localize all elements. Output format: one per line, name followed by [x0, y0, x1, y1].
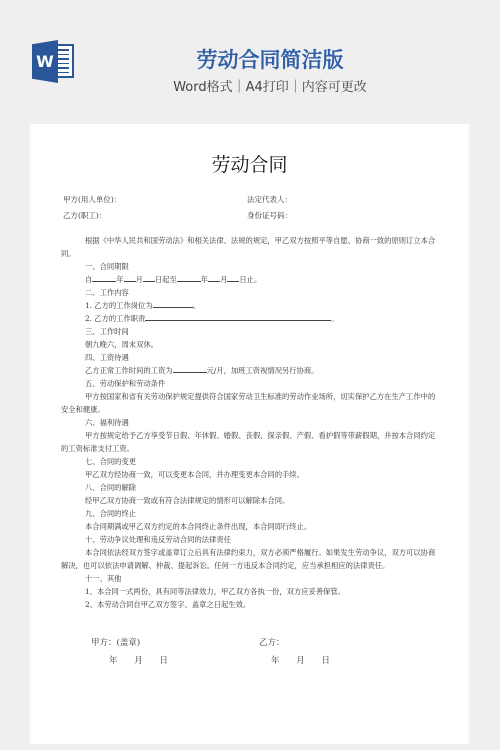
- term-line: 自年月日起至年月日止。: [61, 273, 437, 286]
- party-b-date: 年 月 日: [271, 654, 330, 666]
- section-heading: 五、劳动保护和劳动条件: [61, 377, 437, 390]
- section-text: 甲乙双方经协商一致，可以变更本合同，并办理变更本合同的手续。: [61, 468, 437, 481]
- id-number-label: 身份证号码：: [247, 210, 292, 221]
- party-a-label: 甲方(用人单位)：: [63, 194, 121, 205]
- duty-line: 2. 乙方的工作职责。: [61, 312, 437, 325]
- section-heading: 十、劳动争议处理和违反劳动合同的法律责任: [61, 533, 437, 546]
- party-a-signature: 甲方：(盖章): [91, 636, 140, 648]
- section-heading: 二、工作内容: [61, 286, 437, 299]
- section-text: 本合同依法经双方签字或盖章订立后具有法律约束力，双方必须严格履行。如果发生劳动争…: [61, 546, 437, 572]
- page-subtitle: Word格式｜A4打印｜内容可更改: [0, 76, 500, 95]
- salary-line: 乙方正常工作时间的工资为元/月，加班工资视情况另行协商。: [61, 364, 437, 377]
- document-title: 劳动合同: [31, 150, 468, 177]
- section-heading: 十一、其他: [61, 572, 437, 585]
- intro-paragraph: 根据《中华人民共和国劳动法》和相关法律、法规的规定，甲乙双方按照平等自愿、协商一…: [61, 234, 437, 260]
- party-b-label: 乙方(职工)：: [63, 210, 106, 221]
- header: W 劳动合同简洁版 Word格式｜A4打印｜内容可更改: [0, 0, 500, 124]
- section-heading: 六、福利待遇: [61, 416, 437, 429]
- page-title: 劳动合同简洁版: [0, 44, 500, 74]
- section-text: 本合同期满或甲乙双方约定的本合同终止条件出现，本合同即行终止。: [61, 520, 437, 533]
- section-text: 1、本合同一式两份，具有同等法律效力，甲乙双方各执一份，双方应妥善保管。: [61, 585, 437, 598]
- contract-body: 根据《中华人民共和国劳动法》和相关法律、法规的规定，甲乙双方按照平等自愿、协商一…: [61, 234, 437, 611]
- section-heading: 九、合同的终止: [61, 507, 437, 520]
- section-text: 甲方按国家和省有关劳动保护规定提供符合国家劳动卫生标准的劳动作业场所，切实保护乙…: [61, 390, 437, 416]
- document-page: 劳动合同 甲方(用人单位)： 法定代表人： 乙方(职工)： 身份证号码： 根据《…: [31, 124, 468, 744]
- section-heading: 一、合同期限: [61, 260, 437, 273]
- section-text: 经甲乙双方协商一致或有符合法律规定的情形可以解除本合同。: [61, 494, 437, 507]
- section-text: 甲方按规定给予乙方享受节日假、年休假、婚假、丧假、探亲假、产假、看护假等带薪假期…: [61, 429, 437, 455]
- party-b-signature: 乙方：: [259, 636, 285, 648]
- section-heading: 四、工资待遇: [61, 351, 437, 364]
- legal-rep-label: 法定代表人：: [247, 194, 292, 205]
- position-line: 1. 乙方的工作岗位为。: [61, 299, 437, 312]
- section-text: 2、本劳动合同自甲乙双方签字、盖章之日起生效。: [61, 598, 437, 611]
- section-heading: 七、合同的变更: [61, 455, 437, 468]
- section-heading: 三、工作时间: [61, 325, 437, 338]
- section-heading: 八、合同的解除: [61, 481, 437, 494]
- section-text: 朝九晚六，周末双休。: [61, 338, 437, 351]
- party-a-date: 年 月 日: [109, 654, 168, 666]
